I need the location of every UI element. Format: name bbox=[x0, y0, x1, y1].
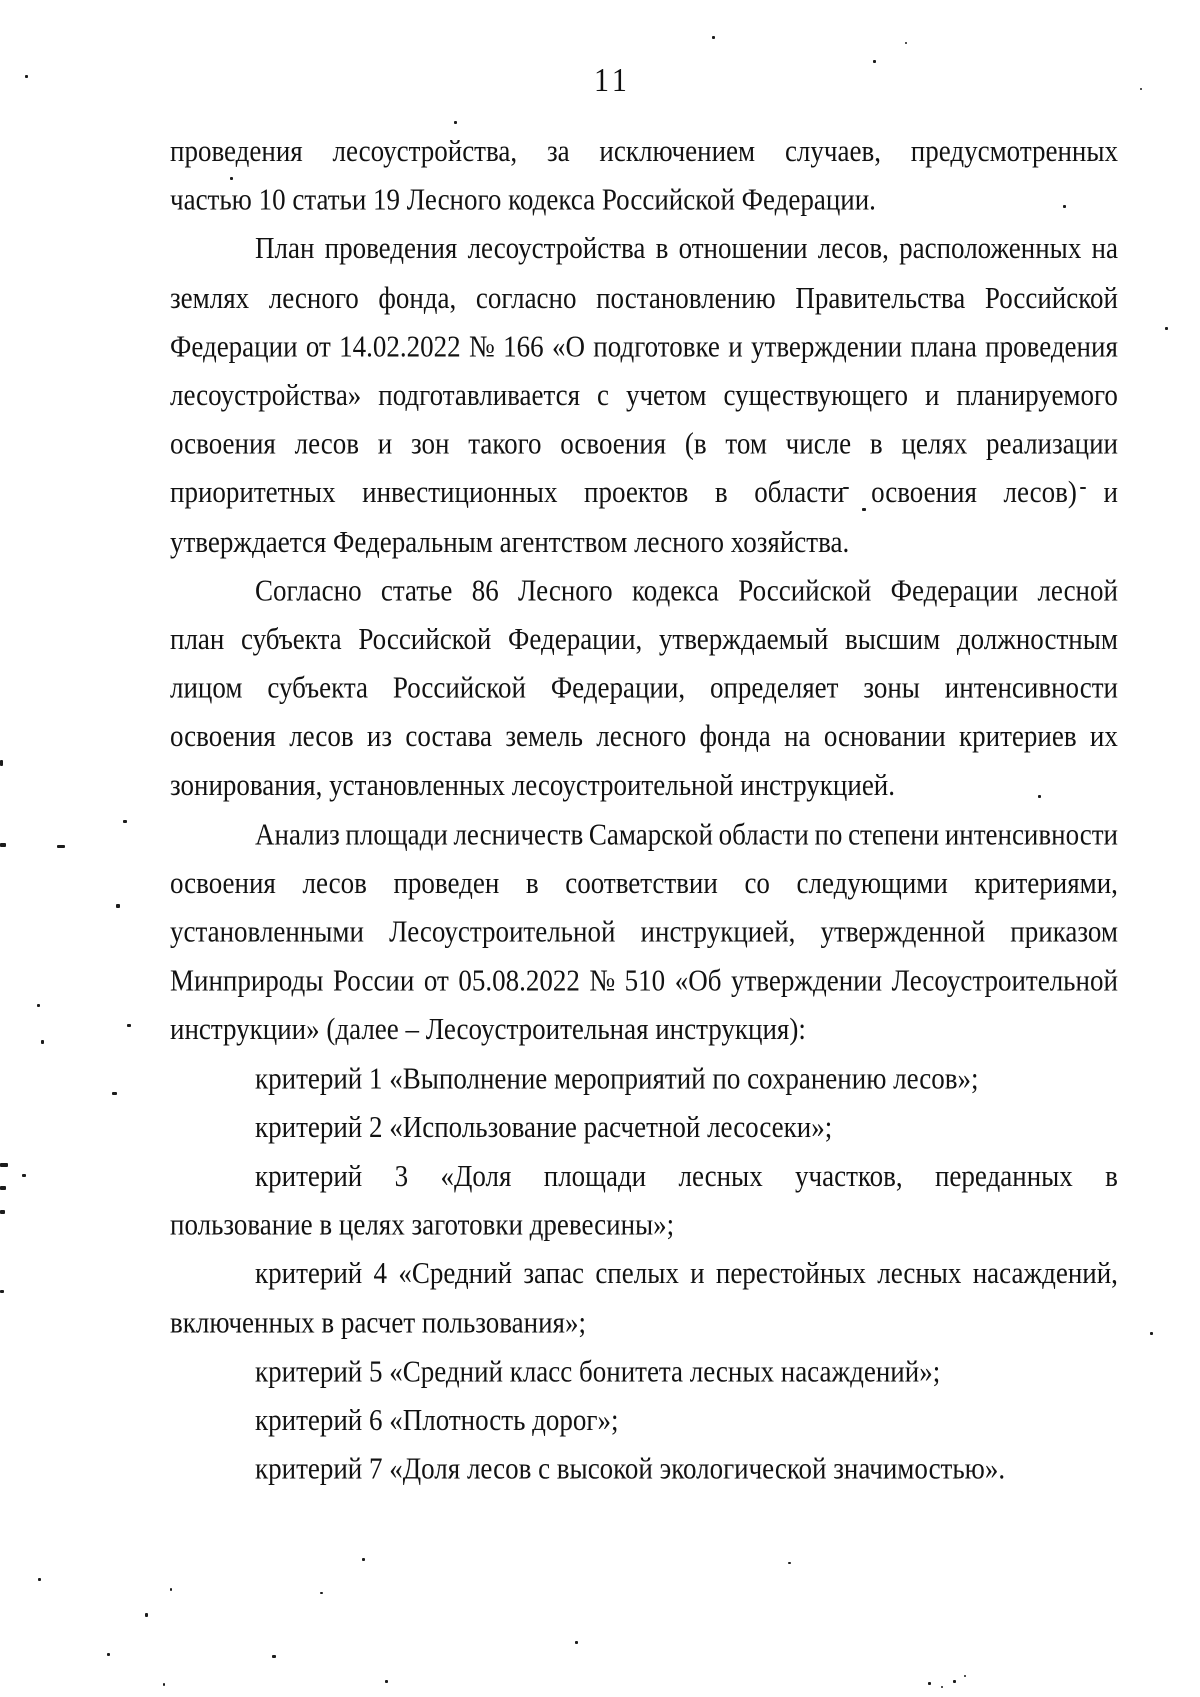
word: исключением bbox=[599, 127, 755, 176]
word: фонда, bbox=[378, 273, 456, 322]
word: утверждаемый bbox=[659, 615, 828, 664]
word: план bbox=[170, 615, 224, 664]
text-line-criterion-6: критерий 6 «Плотность дорог»; bbox=[170, 1396, 1118, 1445]
text-line: проведениялесоустройства,заисключениемсл… bbox=[170, 127, 1118, 176]
word: определяет bbox=[710, 664, 838, 713]
word: Лесного bbox=[518, 566, 613, 615]
word: освоения bbox=[170, 420, 276, 469]
word: Федерации bbox=[170, 322, 298, 371]
word: от bbox=[424, 957, 449, 1006]
text-line: установленнымиЛесоустроительнойинструкци… bbox=[170, 908, 1118, 957]
word: лесного bbox=[269, 273, 359, 322]
scan-speck bbox=[0, 1210, 5, 1214]
word: площади bbox=[345, 810, 447, 859]
word: лесных bbox=[877, 1249, 961, 1298]
scan-speck bbox=[385, 1680, 388, 1683]
word: 4 bbox=[374, 1249, 388, 1298]
page-number: 11 bbox=[594, 62, 694, 100]
word: случаев, bbox=[785, 127, 881, 176]
scan-speck bbox=[905, 42, 907, 44]
word: «Средний bbox=[398, 1249, 512, 1298]
word: целях bbox=[901, 420, 967, 469]
scan-speck bbox=[788, 1562, 791, 1564]
word: Федерации, bbox=[508, 615, 642, 664]
text-line: частью 10 статьи 19 Лесного кодекса Росс… bbox=[170, 176, 1118, 225]
scan-speck bbox=[941, 1686, 943, 1688]
word: Лесоустроительной bbox=[892, 957, 1118, 1006]
text-line: утверждается Федеральным агентством лесн… bbox=[170, 517, 1118, 566]
word: зоны bbox=[863, 664, 920, 713]
text-line: освоениялесовизсоставаземельлесногофонда… bbox=[170, 713, 1118, 762]
scan-speck bbox=[964, 1675, 966, 1677]
word: лесоустройства, bbox=[333, 127, 518, 176]
word: освоения bbox=[560, 420, 666, 469]
word: критериями, bbox=[974, 859, 1118, 908]
scan-speck bbox=[57, 845, 65, 848]
text-line: инструкции» (далее – Лесоустроительная и… bbox=[170, 1005, 1118, 1054]
word: их bbox=[1090, 713, 1118, 762]
word: спелых bbox=[595, 1249, 679, 1298]
scan-speck bbox=[22, 1174, 26, 1177]
scan-speck bbox=[362, 1558, 365, 1561]
word: в bbox=[715, 469, 728, 518]
scan-speck bbox=[145, 1613, 148, 1617]
word: согласно bbox=[476, 273, 577, 322]
word: «Об bbox=[675, 957, 722, 1006]
text-line: АнализплощадилесничествСамарскойобластип… bbox=[170, 810, 1118, 859]
word: и bbox=[728, 322, 742, 371]
word: области bbox=[719, 810, 809, 859]
word: землях bbox=[170, 273, 249, 322]
word: насаждений, bbox=[973, 1249, 1118, 1298]
word: России bbox=[333, 957, 414, 1006]
document-body-text: проведениялесоустройства,заисключениемсл… bbox=[170, 127, 1118, 1493]
word: и bbox=[378, 420, 392, 469]
word: интенсивности bbox=[945, 810, 1118, 859]
word: освоения bbox=[871, 469, 977, 518]
word: лесов bbox=[302, 859, 366, 908]
document-page: 11 проведениялесоустройства,заисключение… bbox=[0, 0, 1200, 1697]
word: освоения bbox=[170, 713, 276, 762]
word: Российской bbox=[393, 664, 526, 713]
word: критерий bbox=[255, 1152, 362, 1201]
word: субъекта bbox=[267, 664, 368, 713]
scan-speck bbox=[873, 60, 876, 63]
word: лесной bbox=[1037, 566, 1118, 615]
word: лесов bbox=[295, 420, 359, 469]
word: с bbox=[597, 371, 609, 420]
text-line-criterion-2: критерий 2 «Использование расчетной лесо… bbox=[170, 1103, 1118, 1152]
word: области bbox=[754, 469, 844, 518]
word: лесов bbox=[289, 713, 353, 762]
scan-speck bbox=[0, 1186, 6, 1190]
word: в bbox=[870, 420, 883, 469]
word: статье bbox=[381, 566, 453, 615]
word: расположенных bbox=[899, 225, 1081, 274]
text-line: приоритетныхинвестиционныхпроектоввоблас… bbox=[170, 469, 1118, 518]
word: высшим bbox=[845, 615, 940, 664]
word: перестойных bbox=[716, 1249, 866, 1298]
word: существующего bbox=[723, 371, 908, 420]
scan-speck bbox=[454, 121, 457, 124]
word: из bbox=[367, 713, 392, 762]
word: Самарской bbox=[589, 810, 713, 859]
word: Правительства bbox=[795, 273, 965, 322]
scan-speck bbox=[163, 1683, 165, 1686]
scan-speck bbox=[116, 904, 120, 908]
word: степени bbox=[848, 810, 939, 859]
word: лесов, bbox=[818, 225, 889, 274]
word: планируемого bbox=[956, 371, 1118, 420]
word: зон bbox=[411, 420, 449, 469]
word: за bbox=[547, 127, 570, 176]
word: подготовке bbox=[593, 322, 720, 371]
scan-speck bbox=[112, 1092, 117, 1095]
scan-speck bbox=[25, 75, 28, 78]
word: переданных bbox=[935, 1152, 1073, 1201]
word: Российской bbox=[985, 273, 1118, 322]
word: учетом bbox=[626, 371, 707, 420]
text-line: лесоустройства»подготавливаетсясучетомсу… bbox=[170, 371, 1118, 420]
word: утвержденной bbox=[821, 908, 986, 957]
word: и bbox=[690, 1249, 704, 1298]
word: № bbox=[589, 957, 615, 1006]
word: Российской bbox=[358, 615, 491, 664]
scan-speck bbox=[38, 1578, 41, 1581]
scan-speck bbox=[928, 1682, 931, 1685]
text-line: плансубъектаРоссийскойФедерации,утвержда… bbox=[170, 615, 1118, 664]
word: подготавливается bbox=[378, 371, 580, 420]
word: лесоустройства bbox=[468, 225, 646, 274]
word: проектов bbox=[584, 469, 688, 518]
scan-speck bbox=[170, 1588, 172, 1591]
word: со bbox=[744, 859, 769, 908]
text-line: освоениялесовпроведенвсоответствиисослед… bbox=[170, 859, 1118, 908]
word: запас bbox=[523, 1249, 584, 1298]
text-line: зонирования, установленных лесоустроител… bbox=[170, 761, 1118, 810]
word: № bbox=[469, 322, 495, 371]
word: предусмотренных bbox=[911, 127, 1118, 176]
text-line: Планпроведениялесоустройствавотношенииле… bbox=[170, 225, 1118, 274]
word: кодекса bbox=[632, 566, 719, 615]
scanned-document-page: { "page": { "number": "11" }, "document"… bbox=[0, 0, 1200, 1697]
word: приказом bbox=[1010, 908, 1118, 957]
word: и bbox=[1103, 469, 1117, 518]
word: установленными bbox=[170, 908, 364, 957]
word: 166 bbox=[503, 322, 544, 371]
word: лесоустройства» bbox=[170, 371, 361, 420]
scan-speck bbox=[712, 36, 715, 39]
word: критерий bbox=[255, 1249, 362, 1298]
word: 3 bbox=[395, 1152, 409, 1201]
word: Лесоустроительной bbox=[389, 908, 615, 957]
word: Российской bbox=[738, 566, 871, 615]
word: 14.02.2022 bbox=[339, 322, 461, 371]
text-line: пользование в целях заготовки древесины»… bbox=[170, 1201, 1118, 1250]
word: приоритетных bbox=[170, 469, 336, 518]
scan-speck bbox=[0, 760, 3, 766]
word: реализации bbox=[986, 420, 1118, 469]
word: лесных bbox=[678, 1152, 762, 1201]
scan-speck bbox=[0, 1290, 4, 1293]
word: Минприроды bbox=[170, 957, 323, 1006]
text-line: лицомсубъектаРоссийскойФедерации,определ… bbox=[170, 664, 1118, 713]
text-line: Федерацииот14.02.2022№166«Оподготовкеиут… bbox=[170, 322, 1118, 371]
text-line: Согласностатье86ЛесногокодексаРоссийской… bbox=[170, 566, 1118, 615]
word: состава bbox=[405, 713, 492, 762]
word: проведения bbox=[985, 322, 1118, 371]
word: инвестиционных bbox=[362, 469, 557, 518]
scan-speck bbox=[1165, 327, 1168, 330]
word: и bbox=[925, 371, 939, 420]
word: в bbox=[526, 859, 539, 908]
word: 510 bbox=[625, 957, 666, 1006]
text-line: включенных в расчет пользования»; bbox=[170, 1298, 1118, 1347]
word: по bbox=[814, 810, 842, 859]
scan-speck bbox=[0, 843, 6, 847]
word: земель bbox=[505, 713, 583, 762]
word: лесничеств bbox=[453, 810, 583, 859]
scan-speck bbox=[127, 1024, 131, 1027]
word: интенсивности bbox=[945, 664, 1118, 713]
text-line-criterion-5: критерий 5 «Средний класс бонитета лесны… bbox=[170, 1347, 1118, 1396]
word: лицом bbox=[170, 664, 242, 713]
word: (в bbox=[685, 420, 707, 469]
scan-speck bbox=[1140, 88, 1142, 90]
word: «Доля bbox=[440, 1152, 511, 1201]
word: отношении bbox=[679, 225, 808, 274]
word: на bbox=[1092, 225, 1118, 274]
word: плана bbox=[910, 322, 976, 371]
word: утверждении bbox=[751, 322, 902, 371]
word: такого bbox=[468, 420, 541, 469]
word: План bbox=[255, 225, 314, 274]
word: фонда bbox=[700, 713, 771, 762]
scan-speck bbox=[272, 1655, 276, 1658]
word: должностным bbox=[957, 615, 1118, 664]
word: 05.08.2022 bbox=[458, 957, 580, 1006]
word: основании bbox=[824, 713, 946, 762]
word: площади bbox=[544, 1152, 646, 1201]
scan-speck bbox=[37, 1004, 40, 1007]
text-line: земляхлесногофонда,согласнопостановлению… bbox=[170, 273, 1118, 322]
word: лесного bbox=[596, 713, 686, 762]
word: «О bbox=[552, 322, 585, 371]
word: критериев bbox=[959, 713, 1077, 762]
word: от bbox=[306, 322, 331, 371]
word: 86 bbox=[472, 566, 499, 615]
word: Федерации, bbox=[551, 664, 685, 713]
word: проведен bbox=[393, 859, 499, 908]
word: Согласно bbox=[255, 566, 362, 615]
word: на bbox=[784, 713, 810, 762]
word: соответствии bbox=[565, 859, 718, 908]
word: проведения bbox=[325, 225, 458, 274]
word: числе bbox=[786, 420, 851, 469]
scan-speck bbox=[320, 1592, 323, 1594]
word: Анализ bbox=[255, 810, 340, 859]
scan-speck bbox=[107, 1653, 110, 1656]
word: следующими bbox=[797, 859, 948, 908]
text-line: освоениялесовизонтакогоосвоения(втомчисл… bbox=[170, 420, 1118, 469]
word: в bbox=[656, 225, 669, 274]
text-line-criterion-3: критерий3«Доляплощадилесныхучастков,пере… bbox=[170, 1152, 1118, 1201]
word: том bbox=[725, 420, 767, 469]
word: лесов) bbox=[1004, 469, 1077, 518]
scan-speck bbox=[41, 1040, 44, 1044]
text-line-criterion-7: критерий 7 «Доля лесов с высокой экологи… bbox=[170, 1445, 1118, 1494]
scan-speck bbox=[0, 1163, 8, 1167]
word: утверждении bbox=[731, 957, 882, 1006]
word: освоения bbox=[170, 859, 276, 908]
word: проведения bbox=[170, 127, 303, 176]
scan-speck bbox=[575, 1641, 578, 1644]
word: в bbox=[1105, 1152, 1118, 1201]
word: субъекта bbox=[241, 615, 342, 664]
text-line-criterion-1: критерий 1 «Выполнение мероприятий по со… bbox=[170, 1054, 1118, 1103]
scan-speck bbox=[1150, 1332, 1153, 1335]
word: участков, bbox=[795, 1152, 903, 1201]
scan-speck bbox=[953, 1680, 956, 1683]
scan-speck bbox=[123, 820, 127, 823]
word: Федерации bbox=[891, 566, 1019, 615]
word: инструкцией, bbox=[641, 908, 796, 957]
word: постановлению bbox=[596, 273, 776, 322]
text-line: МинприродыРоссииот05.08.2022№510«Обутвер… bbox=[170, 957, 1118, 1006]
text-line-criterion-4: критерий4«Среднийзапасспелыхиперестойных… bbox=[170, 1249, 1118, 1298]
